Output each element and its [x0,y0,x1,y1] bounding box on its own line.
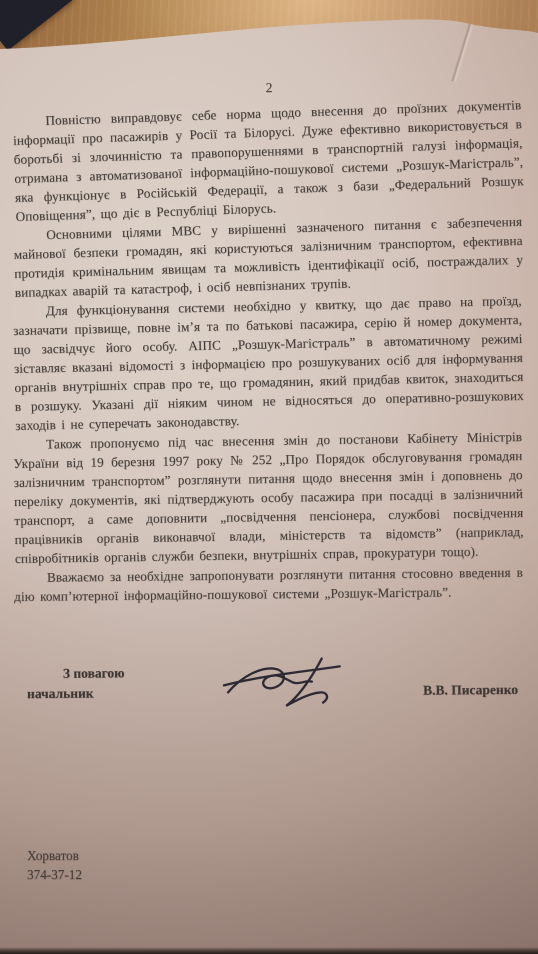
paragraph-3: Для функціонування системи необхідно у к… [13,291,525,435]
closing-block: З повагою начальник В.В. Писаренко [0,658,538,723]
paragraph-5: Вважаємо за необхідне запропонувати розг… [14,563,523,606]
document-page: 2 Повністю виправдовує себе норма щодо в… [0,0,538,954]
executor-block: Хорватов 374-37-12 [27,846,82,884]
signer-position: начальник [27,686,94,703]
signature [222,651,355,716]
closing-salutation: З повагою [63,665,125,682]
photo-bottom-shadow [0,947,538,954]
executor-name: Хорватов [27,846,82,865]
paragraph-4: Також пропонуємо під час внесення змін д… [13,427,524,568]
photo-scene: 2 Повністю виправдовує себе норма щодо в… [0,0,538,954]
paragraph-2: Основними цілями МВС у вирішенні зазначе… [13,212,524,302]
document-body: Повністю виправдовує себе норма щодо вне… [14,112,523,606]
paragraph-1: Повністю виправдовує себе норма щодо вне… [12,95,524,226]
executor-phone: 374-37-12 [27,865,82,884]
signer-name: В.В. Писаренко [423,682,518,699]
